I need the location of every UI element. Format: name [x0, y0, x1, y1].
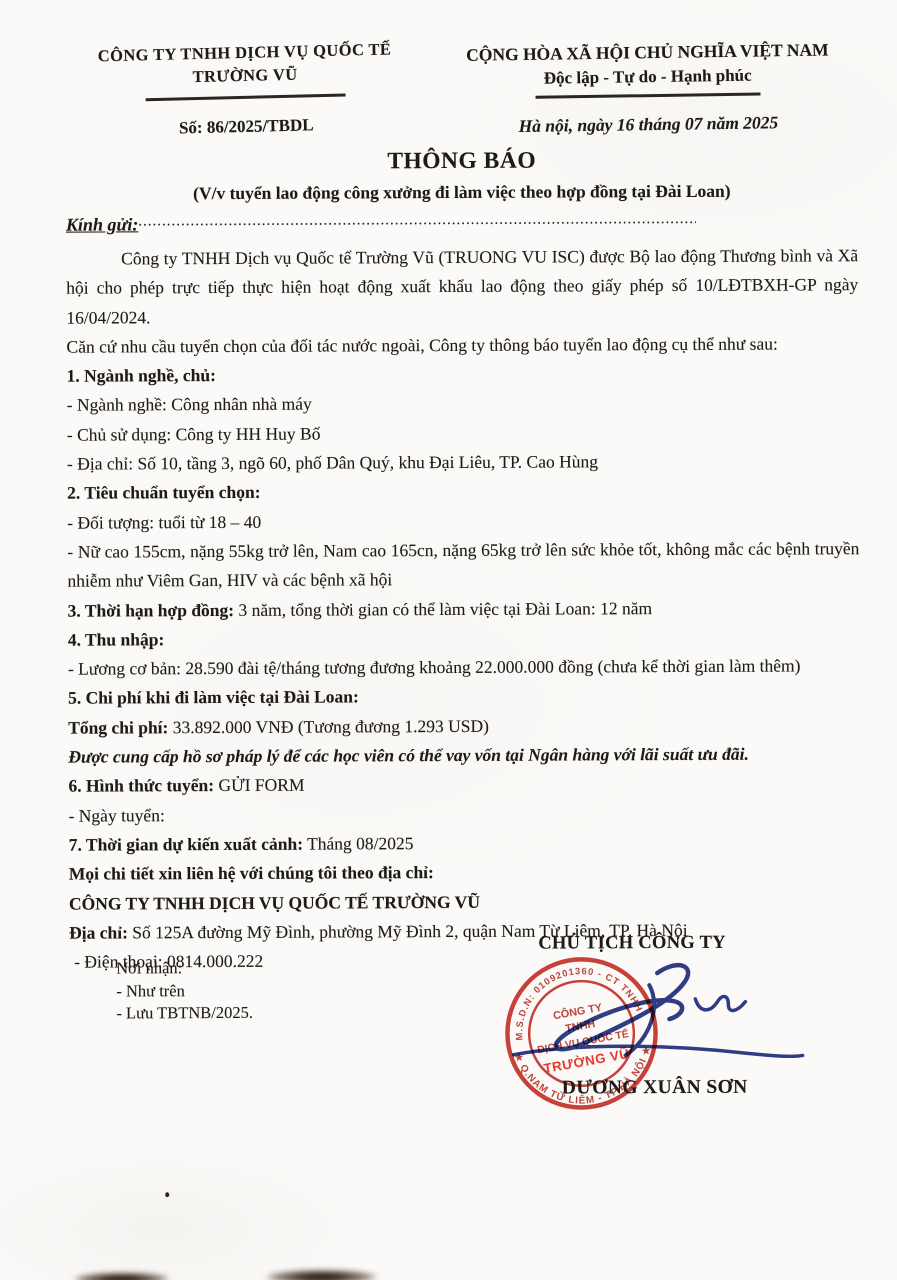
header-divider-line: [146, 94, 346, 101]
handwritten-signature: [499, 956, 812, 1075]
salutation-label: Kính gửi:: [66, 214, 138, 234]
document-title: THÔNG BÁO: [66, 146, 858, 176]
dotted-fill-line: ........................................…: [138, 211, 696, 230]
doc-line: - Địa chỉ: Số 10, tầng 3, ngõ 60, phố Dâ…: [67, 446, 859, 479]
issuer-header-block: CÔNG TY TNHH DỊCH VỤ QUỐC TẾ TRƯỜNG VŨ S…: [84, 37, 406, 140]
loan-note-line: Được cung cấp hồ sơ pháp lý để các học v…: [68, 739, 860, 772]
section-heading-5: 5. Chi phí khi đi làm việc tại Đài Loan:: [68, 681, 860, 714]
section-heading-2: 2. Tiêu chuẩn tuyển chọn:: [67, 476, 859, 509]
doc-line: - Ngày tuyển:: [68, 798, 860, 831]
document-body: Công ty TNHH Dịch vụ Quốc tế Trường Vũ (…: [66, 241, 861, 977]
section-heading-3: 3. Thời hạn hợp đồng: 3 năm, tổng thời g…: [68, 593, 860, 626]
contact-company-line: CÔNG TY TNHH DỊCH VỤ QUỐC TẾ TRƯỜNG VŨ: [69, 886, 861, 919]
section-heading-6: 6. Hình thức tuyển: GỬI FORM: [68, 769, 860, 802]
contact-address-line: Địa chỉ: Số 125A đường Mỹ Đình, phường M…: [69, 915, 861, 948]
document-number: Số: 86/2025/TBDL: [86, 113, 406, 141]
republic-motto-line1: CỘNG HÒA XÃ HỘI CHỦ NGHĨA VIỆT NAM: [440, 38, 855, 67]
national-header-block: CỘNG HÒA XÃ HỘI CHỦ NGHĨA VIỆT NAM Độc l…: [440, 38, 856, 138]
republic-motto-line2: Độc lập - Tự do - Hạnh phúc: [440, 64, 855, 90]
motto-divider-line: [535, 92, 760, 98]
section-heading-4: 4. Thu nhập:: [68, 622, 860, 655]
issue-date-line: Hà nội, ngày 16 tháng 07 năm 2025: [441, 111, 856, 138]
doc-line: - Lương cơ bản: 28.590 đài tệ/tháng tươn…: [68, 651, 860, 684]
signer-name: DƯƠNG XUÂN SƠN: [545, 1077, 765, 1100]
doc-line: Căn cứ nhu cầu tuyển chọn của đối tác nư…: [66, 329, 858, 362]
recipients-block: Nơi nhận: - Như trên - Lưu TBTNB/2025.: [116, 957, 253, 1025]
doc-line: - Nữ cao 155cm, nặng 55kg trở lên, Nam c…: [67, 534, 859, 596]
contact-intro-line: Mọi chi tiết xin liên hệ với chúng tôi t…: [69, 856, 861, 889]
recipient-item: - Như trên: [116, 979, 253, 1002]
scan-shadow-artifact: [266, 1269, 378, 1280]
recipient-item: - Lưu TBTNB/2025.: [116, 1002, 253, 1025]
scan-shadow-artifact: [74, 1272, 170, 1280]
signer-title: CHỦ TỊCH CÔNG TY: [532, 933, 732, 955]
document-subtitle: (V/v tuyển lao động công xưởng đi làm vi…: [66, 180, 858, 204]
recipients-label: Nơi nhận:: [116, 957, 253, 980]
doc-line: - Đối tượng: tuổi từ 18 – 40: [67, 505, 859, 538]
doc-line: - Ngành nghề: Công nhân nhà máy: [67, 388, 859, 421]
title-block: THÔNG BÁO (V/v tuyển lao động công xưởng…: [66, 146, 858, 204]
doc-line: Tổng chi phí: 33.892.000 VNĐ (Tương đươn…: [68, 710, 860, 743]
scan-speck-artifact: [165, 1192, 169, 1197]
salutation-line: Kính gửi:...............................…: [66, 210, 858, 235]
doc-line: - Chủ sử dụng: Công ty HH Huy Bố: [67, 417, 859, 450]
scanned-announcement-document: CÔNG TY TNHH DỊCH VỤ QUỐC TẾ TRƯỜNG VŨ S…: [0, 0, 897, 1280]
section-heading-7: 7. Thời gian dự kiến xuất cảnh: Tháng 08…: [69, 827, 861, 860]
section-heading-1: 1. Ngành nghề, chủ:: [67, 358, 859, 391]
intro-paragraph: Công ty TNHH Dịch vụ Quốc tế Trường Vũ (…: [66, 241, 858, 332]
